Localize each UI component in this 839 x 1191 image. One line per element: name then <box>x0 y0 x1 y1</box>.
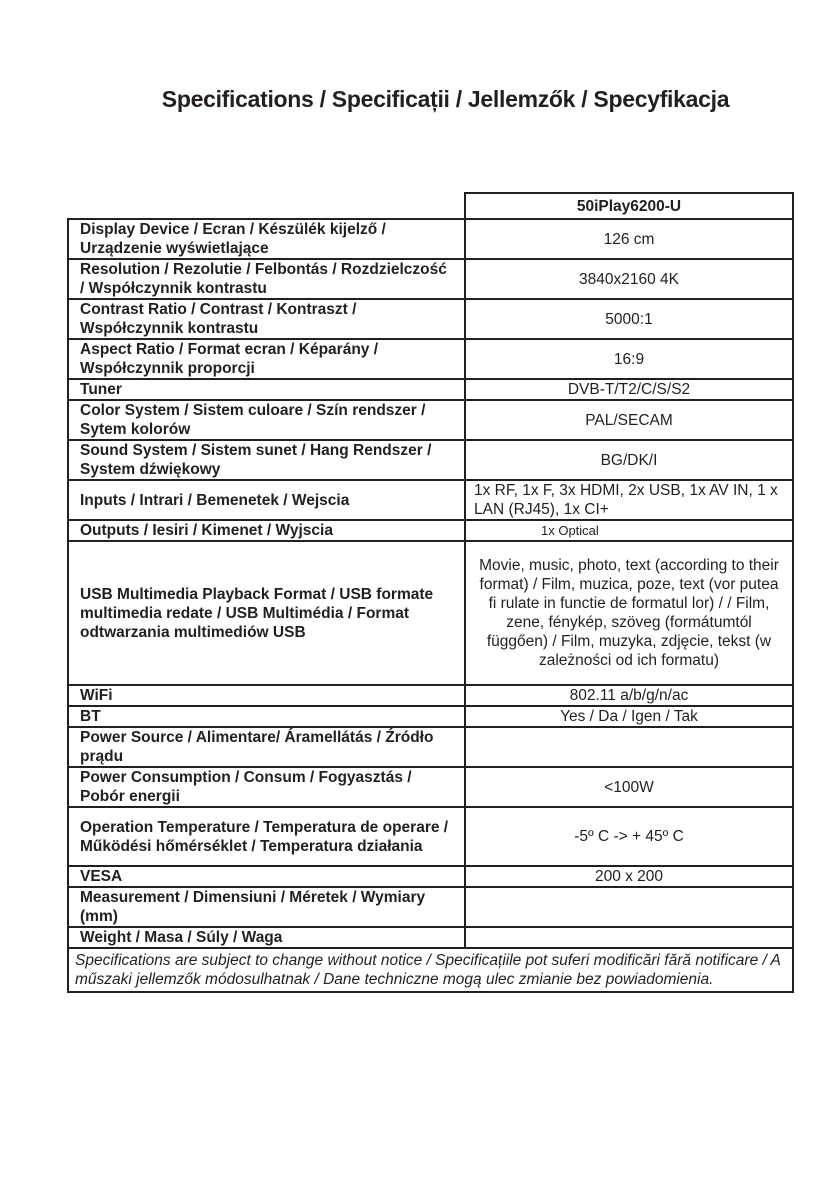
table-row: Outputs / Iesiri / Kimenet / Wyjscia 1x … <box>68 520 793 541</box>
spec-label-wifi: WiFi <box>68 685 465 706</box>
table-row: Sound System / Sistem sunet / Hang Rends… <box>68 440 793 480</box>
page-title: Specifications / Specificații / Jellemző… <box>0 86 839 113</box>
table-row: Contrast Ratio / Contrast / Kontraszt / … <box>68 299 793 339</box>
table-row: Display Device / Ecran / Készülék kijelz… <box>68 219 793 259</box>
spec-label-display-device: Display Device / Ecran / Készülék kijelz… <box>68 219 465 259</box>
spec-value-sound-system: BG/DK/I <box>465 440 793 480</box>
spec-value-operation-temperature: -5º C -> + 45º C <box>465 807 793 866</box>
table-row: BT Yes / Da / Igen / Tak <box>68 706 793 727</box>
spec-label-outputs: Outputs / Iesiri / Kimenet / Wyjscia <box>68 520 465 541</box>
spec-label-power-consumption: Power Consumption / Consum / Fogyasztás … <box>68 767 465 807</box>
table-row: Color System / Sistem culoare / Szín ren… <box>68 400 793 440</box>
table-row: Power Source / Alimentare/ Áramellátás /… <box>68 727 793 767</box>
specifications-table: 50iPlay6200-U Display Device / Ecran / K… <box>67 192 794 993</box>
table-row: Inputs / Intrari / Bemenetek / Wejscia 1… <box>68 480 793 520</box>
table-header-row: 50iPlay6200-U <box>68 193 793 219</box>
table-row: Aspect Ratio / Format ecran / Képarány /… <box>68 339 793 379</box>
spec-label-inputs: Inputs / Intrari / Bemenetek / Wejscia <box>68 480 465 520</box>
table-row: VESA 200 x 200 <box>68 866 793 887</box>
spec-value-wifi: 802.11 a/b/g/n/ac <box>465 685 793 706</box>
spec-value-bt: Yes / Da / Igen / Tak <box>465 706 793 727</box>
table-row: Weight / Masa / Súly / Waga <box>68 927 793 948</box>
spec-value-outputs: 1x Optical <box>465 520 793 541</box>
table-footer-row: Specifications are subject to change wit… <box>68 948 793 992</box>
spec-value-inputs: 1x RF, 1x F, 3x HDMI, 2x USB, 1x AV IN, … <box>465 480 793 520</box>
spec-label-weight: Weight / Masa / Súly / Waga <box>68 927 465 948</box>
spec-label-contrast-ratio: Contrast Ratio / Contrast / Kontraszt / … <box>68 299 465 339</box>
spec-label-measurement: Measurement / Dimensiuni / Méretek / Wym… <box>68 887 465 927</box>
spec-label-tuner: Tuner <box>68 379 465 400</box>
spec-value-power-consumption: <100W <box>465 767 793 807</box>
table-row: WiFi 802.11 a/b/g/n/ac <box>68 685 793 706</box>
spec-value-color-system: PAL/SECAM <box>465 400 793 440</box>
spec-label-usb-multimedia: USB Multimedia Playback Format / USB for… <box>68 541 465 685</box>
spec-label-color-system: Color System / Sistem culoare / Szín ren… <box>68 400 465 440</box>
spec-label-aspect-ratio: Aspect Ratio / Format ecran / Képarány /… <box>68 339 465 379</box>
spec-value-weight <box>465 927 793 948</box>
spec-value-measurement <box>465 887 793 927</box>
spec-value-usb-multimedia: Movie, music, photo, text (according to … <box>465 541 793 685</box>
spec-value-tuner: DVB-T/T2/C/S/S2 <box>465 379 793 400</box>
spec-label-sound-system: Sound System / Sistem sunet / Hang Rends… <box>68 440 465 480</box>
disclaimer-note: Specifications are subject to change wit… <box>68 948 793 992</box>
spec-value-vesa: 200 x 200 <box>465 866 793 887</box>
spec-value-power-source <box>465 727 793 767</box>
header-empty-cell <box>68 193 465 219</box>
table-row: Tuner DVB-T/T2/C/S/S2 <box>68 379 793 400</box>
spec-value-contrast-ratio: 5000:1 <box>465 299 793 339</box>
spec-label-resolution: Resolution / Rezolutie / Felbontás / Roz… <box>68 259 465 299</box>
table-row: USB Multimedia Playback Format / USB for… <box>68 541 793 685</box>
table-row: Operation Temperature / Temperatura de o… <box>68 807 793 866</box>
spec-value-resolution: 3840x2160 4K <box>465 259 793 299</box>
spec-value-aspect-ratio: 16:9 <box>465 339 793 379</box>
spec-label-vesa: VESA <box>68 866 465 887</box>
spec-label-operation-temperature: Operation Temperature / Temperatura de o… <box>68 807 465 866</box>
spec-label-bt: BT <box>68 706 465 727</box>
spec-label-power-source: Power Source / Alimentare/ Áramellátás /… <box>68 727 465 767</box>
table-row: Resolution / Rezolutie / Felbontás / Roz… <box>68 259 793 299</box>
model-name: 50iPlay6200-U <box>465 193 793 219</box>
table-row: Power Consumption / Consum / Fogyasztás … <box>68 767 793 807</box>
table-row: Measurement / Dimensiuni / Méretek / Wym… <box>68 887 793 927</box>
spec-value-display-device: 126 cm <box>465 219 793 259</box>
